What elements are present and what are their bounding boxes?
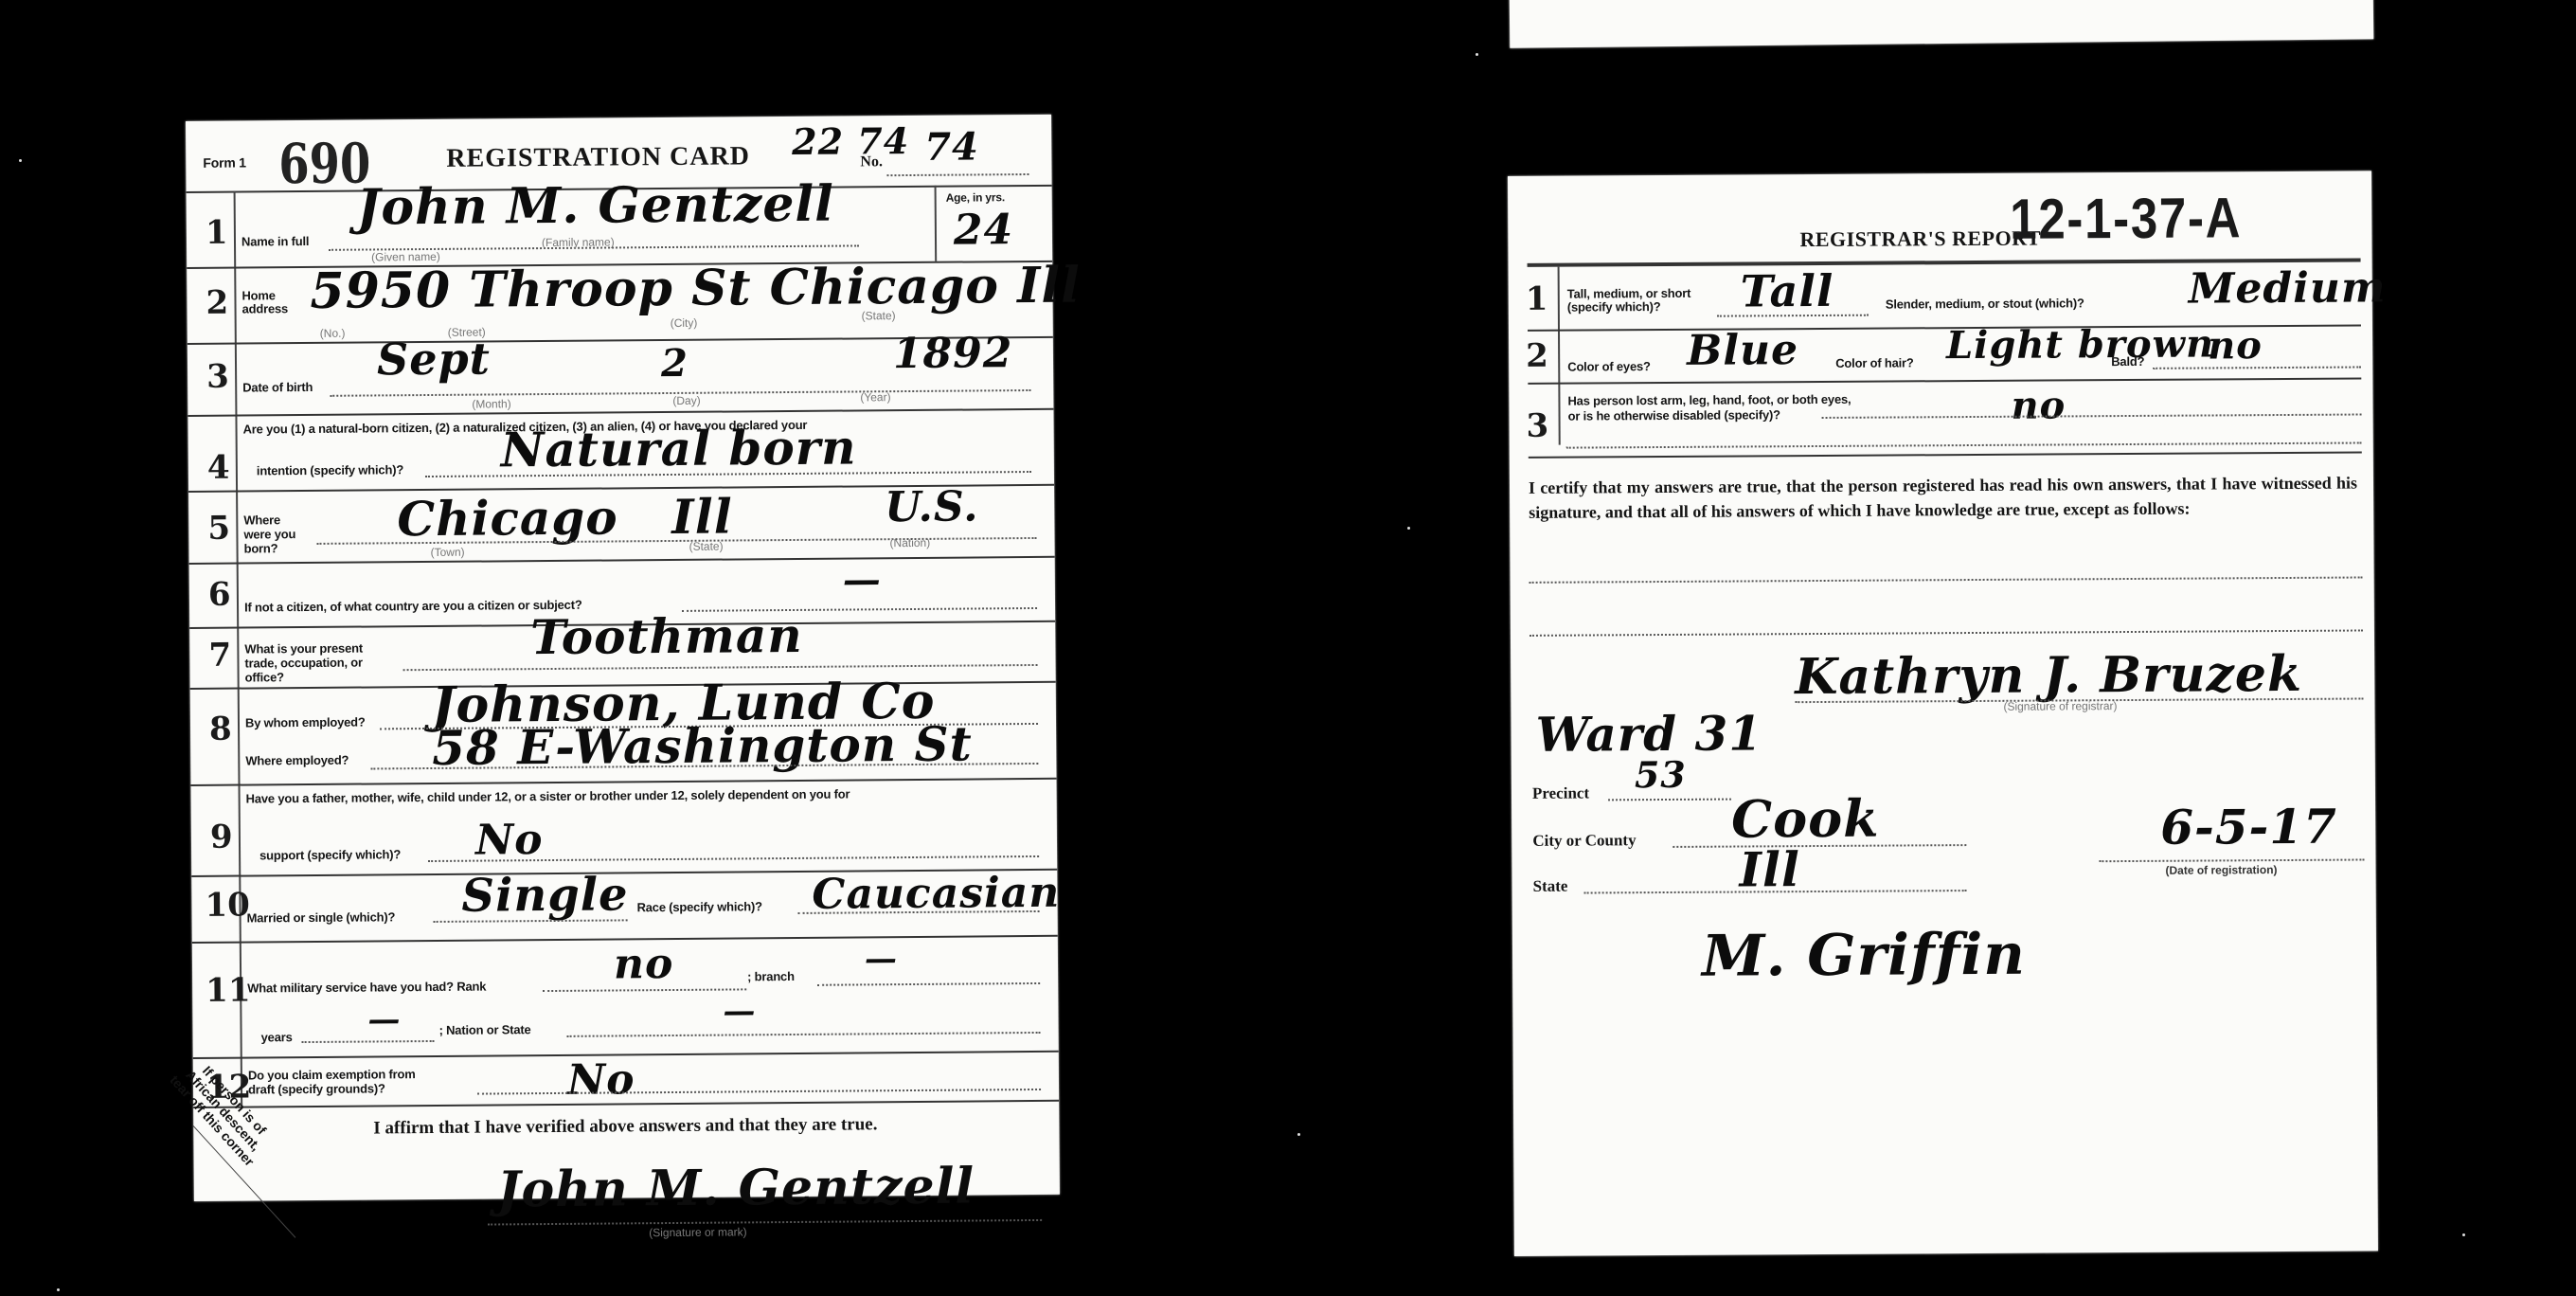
- hair-color-label: Color of hair?: [1835, 355, 1914, 370]
- height-value: Tall: [1741, 265, 1834, 317]
- race-label: Race (specify which)?: [636, 899, 761, 914]
- date-of-birth-label: Date of birth: [242, 380, 313, 395]
- card-title: REGISTRATION CARD: [446, 141, 750, 174]
- build-label: Slender, medium, or stout (which)?: [1886, 296, 2084, 311]
- dotted-line: [543, 988, 746, 992]
- row-number: 4: [207, 449, 230, 487]
- eye-color-value: Blue: [1687, 326, 1798, 375]
- exemption-label: Do you claim exemption from draft (speci…: [248, 1067, 428, 1096]
- disability-label: Has person lost arm, leg, hand, foot, or…: [1567, 392, 1851, 424]
- card-number: 74: [924, 124, 979, 169]
- dotted-line: [477, 1089, 1041, 1095]
- citizenship-value: Natural born: [501, 419, 857, 477]
- marital-status-label: Married or single (which)?: [247, 909, 396, 925]
- precinct-label: Precinct: [1532, 783, 1589, 802]
- sublabel-month: (Month): [472, 397, 510, 410]
- precinct-value: 53: [1635, 753, 1687, 796]
- serial-stamp: 12-1-37-A: [2010, 185, 2242, 251]
- scan-speck: [1407, 527, 1410, 530]
- eye-color-label: Color of eyes?: [1567, 359, 1651, 374]
- rule: [1529, 451, 2362, 458]
- row-number: 3: [1526, 407, 1548, 445]
- registrant-signature: John M. Gentzell: [497, 1157, 975, 1218]
- row-number: 2: [1526, 337, 1548, 375]
- foreign-citizen-value: —: [843, 557, 882, 602]
- row-number: 10: [205, 886, 250, 924]
- sublabel-state: (State): [689, 540, 723, 553]
- age-label: Age, in yrs.: [946, 190, 1005, 204]
- row-number: 3: [206, 358, 229, 396]
- occupation-label: What is your present trade, occupation, …: [244, 640, 396, 684]
- form-label: Form 1: [203, 155, 246, 171]
- name-value: John M. Gentzell: [356, 175, 834, 237]
- age-value: 24: [954, 206, 1014, 254]
- occupation-value: Toothman: [530, 607, 803, 665]
- city-county-label: City or County: [1532, 831, 1636, 851]
- hair-color-value: Light brown: [1946, 321, 2214, 368]
- row-number: 5: [207, 510, 230, 548]
- disability-value: no: [2011, 383, 2066, 427]
- birth-state: Ill: [671, 488, 733, 545]
- dotted-line: [567, 1032, 1041, 1037]
- home-address-label: Home address: [241, 289, 289, 315]
- certification-text: I certify that my answers are true, that…: [1529, 471, 2357, 525]
- row-number: 1: [206, 214, 228, 252]
- rule: [189, 556, 1055, 565]
- dependents-value: No: [475, 816, 544, 865]
- employment-place-label: Where employed?: [245, 753, 349, 768]
- exemption-value: No: [567, 1055, 635, 1105]
- birth-town: Chicago: [397, 489, 618, 547]
- registrars-report-card: REGISTRAR'S REPORT 12-1-37-A 1 Tall, med…: [1508, 171, 2378, 1256]
- registration-card: Form 1 690 REGISTRATION CARD 22 74 No. 7…: [186, 115, 1060, 1201]
- birth-year: 1892: [893, 329, 1013, 378]
- sublabel-year: (Year): [860, 390, 890, 404]
- military-years-label: years: [261, 1030, 293, 1044]
- birth-nation: U.S.: [885, 482, 979, 531]
- military-nation-value: —: [723, 992, 756, 1030]
- military-nation-label: ; Nation or State: [438, 1022, 530, 1037]
- dotted-line: [1529, 576, 2363, 583]
- row-number: 1: [1526, 280, 1548, 318]
- sublabel-city: (City): [671, 316, 698, 330]
- age-divider: [935, 186, 938, 261]
- name-label: Name in full: [241, 234, 309, 249]
- dependents-label: support (specify which)?: [259, 847, 401, 862]
- registration-date-label: (Date of registration): [2165, 863, 2277, 877]
- dotted-line: [2153, 366, 2361, 369]
- dotted-line: [434, 919, 628, 923]
- military-branch-label: ; branch: [747, 969, 795, 983]
- column-divider: [234, 191, 243, 1107]
- dotted-line: [1529, 629, 2363, 636]
- dotted-line: [817, 982, 1040, 986]
- home-address-value: 5950 Throop St Chicago Ill: [310, 257, 1081, 320]
- dotted-line: [1822, 413, 2362, 418]
- sublabel-nation: (Nation): [889, 536, 930, 549]
- birth-day: 2: [661, 341, 689, 386]
- row-number: 9: [210, 819, 233, 856]
- serial-handwritten: 22 74: [792, 119, 909, 163]
- sublabel-no: (No.): [320, 327, 346, 340]
- birth-month: Sept: [377, 333, 491, 385]
- birthplace-label: Where were you born?: [243, 513, 300, 555]
- scan-speck: [2462, 1233, 2465, 1236]
- signature-label: (Signature or mark): [649, 1225, 746, 1239]
- rule: [190, 778, 1056, 786]
- scan-speck: [1297, 1133, 1300, 1136]
- row-number: 2: [206, 284, 228, 322]
- scan-speck: [1476, 53, 1478, 56]
- bald-label: Bald?: [2111, 354, 2144, 369]
- rule: [188, 408, 1053, 417]
- dotted-line: [2099, 858, 2364, 862]
- military-rank-value: no: [614, 940, 674, 988]
- sublabel-town: (Town): [431, 546, 465, 559]
- state-label: State: [1533, 877, 1568, 896]
- sublabel-day: (Day): [672, 394, 700, 407]
- column-divider: [1558, 267, 1561, 445]
- rule: [1528, 377, 2361, 384]
- height-label: Tall, medium, or short (specify which)?: [1567, 287, 1709, 315]
- scan-speck: [19, 159, 22, 162]
- dotted-line: [302, 1040, 435, 1043]
- row-number: 8: [209, 711, 232, 748]
- dependents-question: Have you a father, mother, wife, child u…: [246, 785, 1046, 806]
- row-number: 6: [208, 576, 231, 614]
- bald-value: no: [2208, 323, 2263, 368]
- sublabel-family-name: (Family name): [542, 235, 615, 249]
- report-title: REGISTRAR'S REPORT: [1799, 226, 2041, 253]
- citizenship-label: intention (specify which)?: [257, 462, 403, 477]
- no-label: No.: [860, 153, 883, 171]
- city-county-value: Cook: [1731, 788, 1880, 850]
- registration-date-value: 6-5-17: [2160, 799, 2337, 855]
- signature-line: [488, 1219, 1042, 1226]
- military-service-label: What military service have you had? Rank: [247, 980, 486, 996]
- military-branch-value: —: [865, 940, 898, 978]
- official-signature: M. Griffin: [1702, 922, 2026, 990]
- adjacent-card-edge: [1510, 0, 2374, 48]
- employer-label: By whom employed?: [245, 715, 366, 730]
- row-number: 11: [206, 971, 251, 1009]
- dotted-line: [1566, 441, 2362, 448]
- dotted-line: [1717, 315, 1869, 317]
- row-number: 7: [208, 637, 231, 675]
- scan-speck: [57, 1288, 60, 1291]
- build-value: Medium: [2189, 263, 2387, 313]
- dotted-line: [886, 173, 1029, 176]
- dotted-line: [403, 664, 1038, 671]
- registrar-signature-label: (Signature of registrar): [2003, 699, 2117, 713]
- registrar-signature: Kathryn J. Bruzek: [1795, 645, 2302, 706]
- affirmation-text: I affirm that I have verified above answ…: [373, 1114, 877, 1139]
- state-value: Ill: [1739, 841, 1800, 897]
- military-years-value: —: [367, 1000, 401, 1038]
- marital-status-value: Single: [461, 868, 629, 922]
- sublabel-state: (State): [862, 309, 896, 322]
- dotted-line: [1608, 799, 1731, 801]
